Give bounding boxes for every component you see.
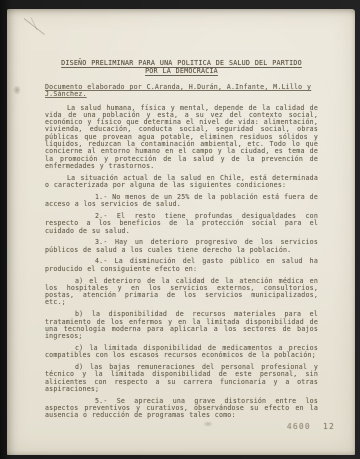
sub-item-b: b) la disponibilidad de recursos materia… bbox=[45, 311, 318, 340]
folio-number: 4600 bbox=[287, 422, 311, 431]
sub-item-d: d) las bajas remuneraciones del personal… bbox=[45, 364, 318, 393]
list-item-3: 3.- Hay un deterioro progresivo de los s… bbox=[45, 239, 318, 254]
list-item-1: 1.- No menos de un 25% de la población e… bbox=[45, 194, 318, 209]
folio-stamp: 460012 bbox=[287, 422, 335, 431]
document-byline: Documento elaborado por C.Aranda, H.Durá… bbox=[45, 84, 318, 99]
paragraph-situacion-chile: La situación actual de la salud en Chile… bbox=[45, 175, 318, 190]
list-item-4: 4.- La disminución del gasto público en … bbox=[45, 258, 318, 273]
list-item-5: 5.- Se aprecia una grave distorsión entr… bbox=[45, 398, 318, 420]
page-number: 12 bbox=[323, 422, 335, 431]
sub-item-c: c) la limitada disponibilidad de medicam… bbox=[45, 345, 318, 360]
margin-pencil-mark bbox=[13, 85, 21, 95]
sub-item-a: a) el deterioro de la calidad de la aten… bbox=[45, 278, 318, 307]
document-content: DISEÑO PRELIMINAR PARA UNA POLITICA DE S… bbox=[45, 59, 318, 424]
list-item-2: 2.- El resto tiene profundas desigualdad… bbox=[45, 213, 318, 235]
paragraph-intro-salud: La salud humana, física y mental, depend… bbox=[45, 105, 318, 171]
document-title: DISEÑO PRELIMINAR PARA UNA POLITICA DE S… bbox=[59, 59, 305, 75]
document-page: DISEÑO PRELIMINAR PARA UNA POLITICA DE S… bbox=[7, 9, 355, 455]
scan-background: DISEÑO PRELIMINAR PARA UNA POLITICA DE S… bbox=[0, 0, 360, 459]
